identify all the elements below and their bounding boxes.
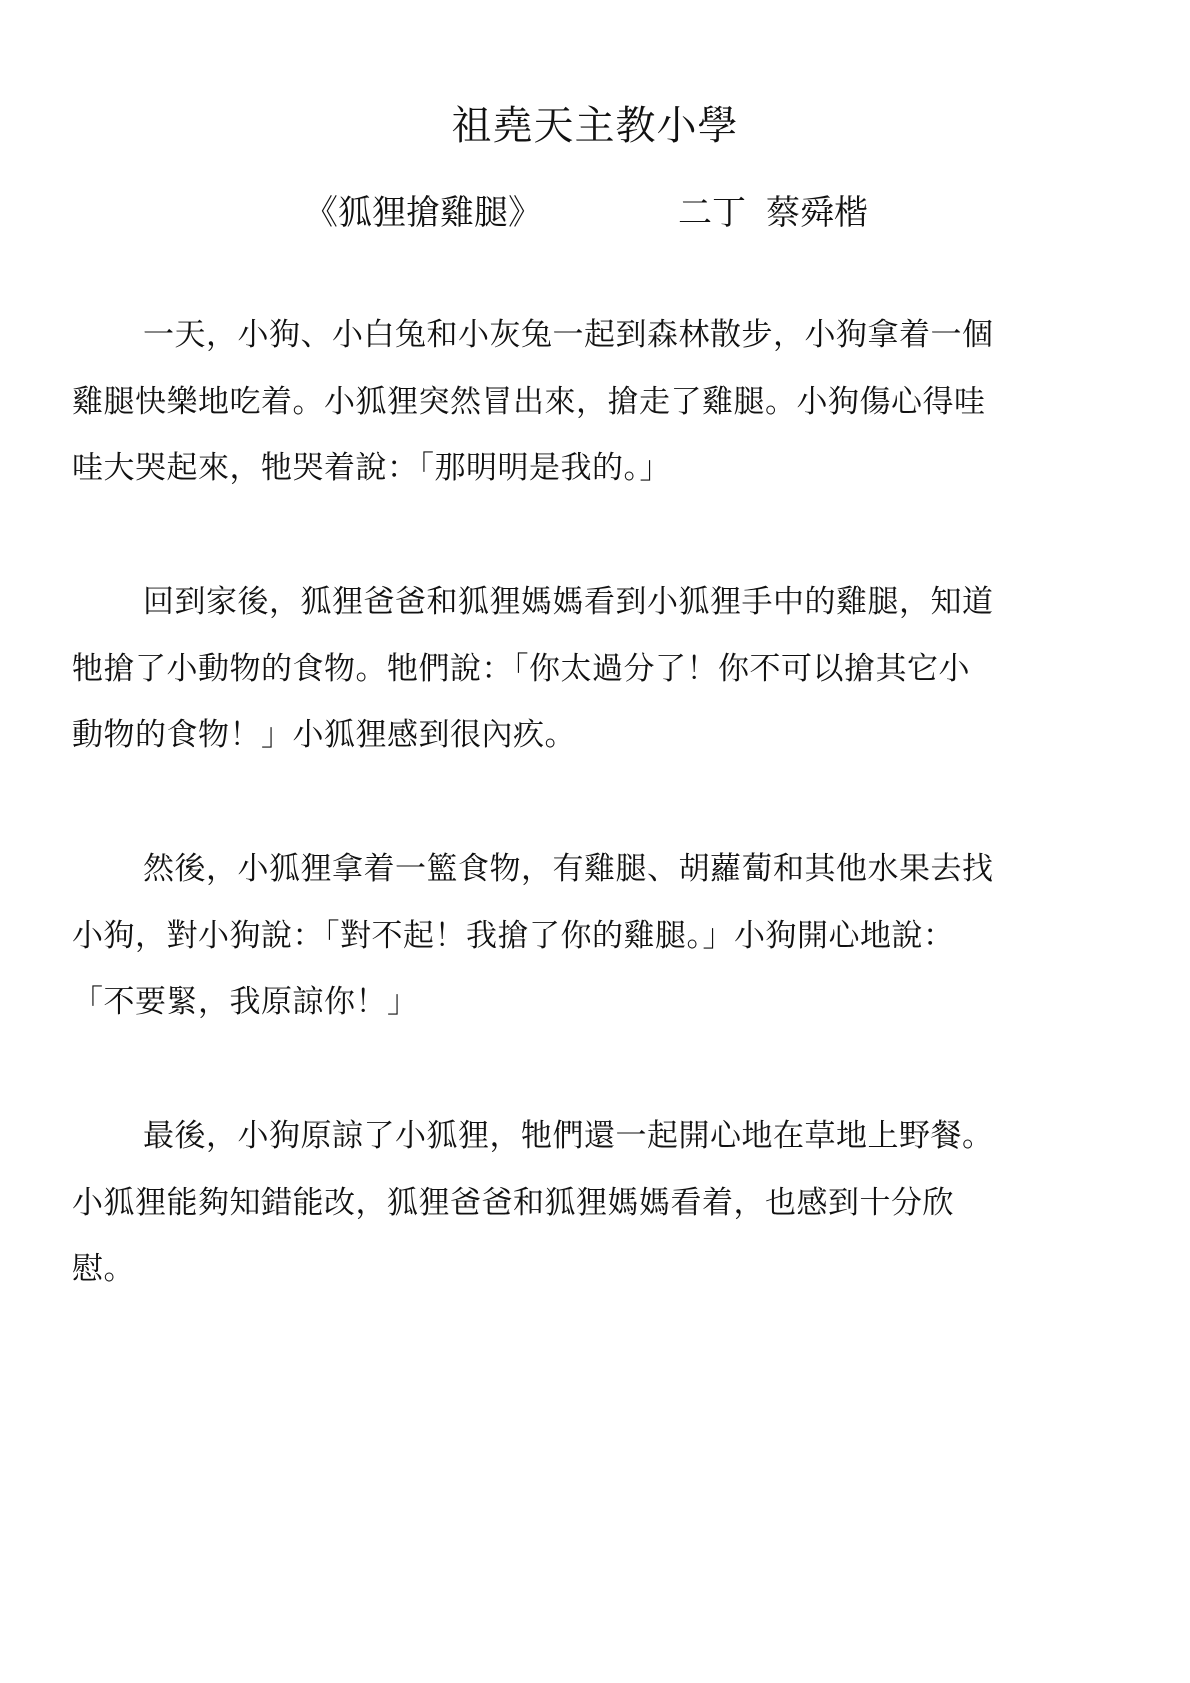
author-name: 蔡舜楷 (766, 193, 868, 233)
paragraph-line: 一天，小狗、小白兔和小灰兔一起到森林散步，小狗拿着一個 (143, 313, 994, 357)
paragraph-line: 哇大哭起來，牠哭着說：「那明明是我的。」 (72, 446, 671, 490)
author-class: 二丁 (678, 193, 746, 233)
document-page: 祖堯天主教小學 《狐狸搶雞腿》 二丁蔡舜楷 一天，小狗、小白兔和小灰兔一起到森林… (0, 0, 1190, 1683)
paragraph-line: 小狗，對小狗說：「對不起！我搶了你的雞腿。」小狗開心地說： (72, 914, 955, 958)
paragraph-line: 回到家後，狐狸爸爸和狐狸媽媽看到小狐狸手中的雞腿，知道 (143, 580, 994, 624)
author-line: 二丁蔡舜楷 (678, 190, 868, 236)
paragraph-line: 動物的食物！」小狐狸感到很內疚。 (72, 713, 576, 757)
paragraph-line: 雞腿快樂地吃着。小狐狸突然冒出來，搶走了雞腿。小狗傷心得哇 (72, 380, 986, 424)
paragraph-line: 然後，小狐狸拿着一籃食物，有雞腿、胡蘿蔔和其他水果去找 (143, 847, 994, 891)
school-name-heading: 祖堯天主教小學 (0, 98, 1190, 154)
paragraph-line: 牠搶了小動物的食物。牠們說：「你太過分了！你不可以搶其它小 (72, 647, 970, 691)
paragraph-line: 「不要緊，我原諒你！」 (72, 980, 419, 1024)
paragraph-line: 最後，小狗原諒了小狐狸，牠們還一起開心地在草地上野餐。 (143, 1114, 994, 1158)
paragraph-line: 慰。 (72, 1247, 135, 1291)
story-title: 《狐狸搶雞腿》 (304, 190, 542, 236)
paragraph-line: 小狐狸能夠知錯能改，狐狸爸爸和狐狸媽媽看着，也感到十分欣 (72, 1181, 954, 1225)
